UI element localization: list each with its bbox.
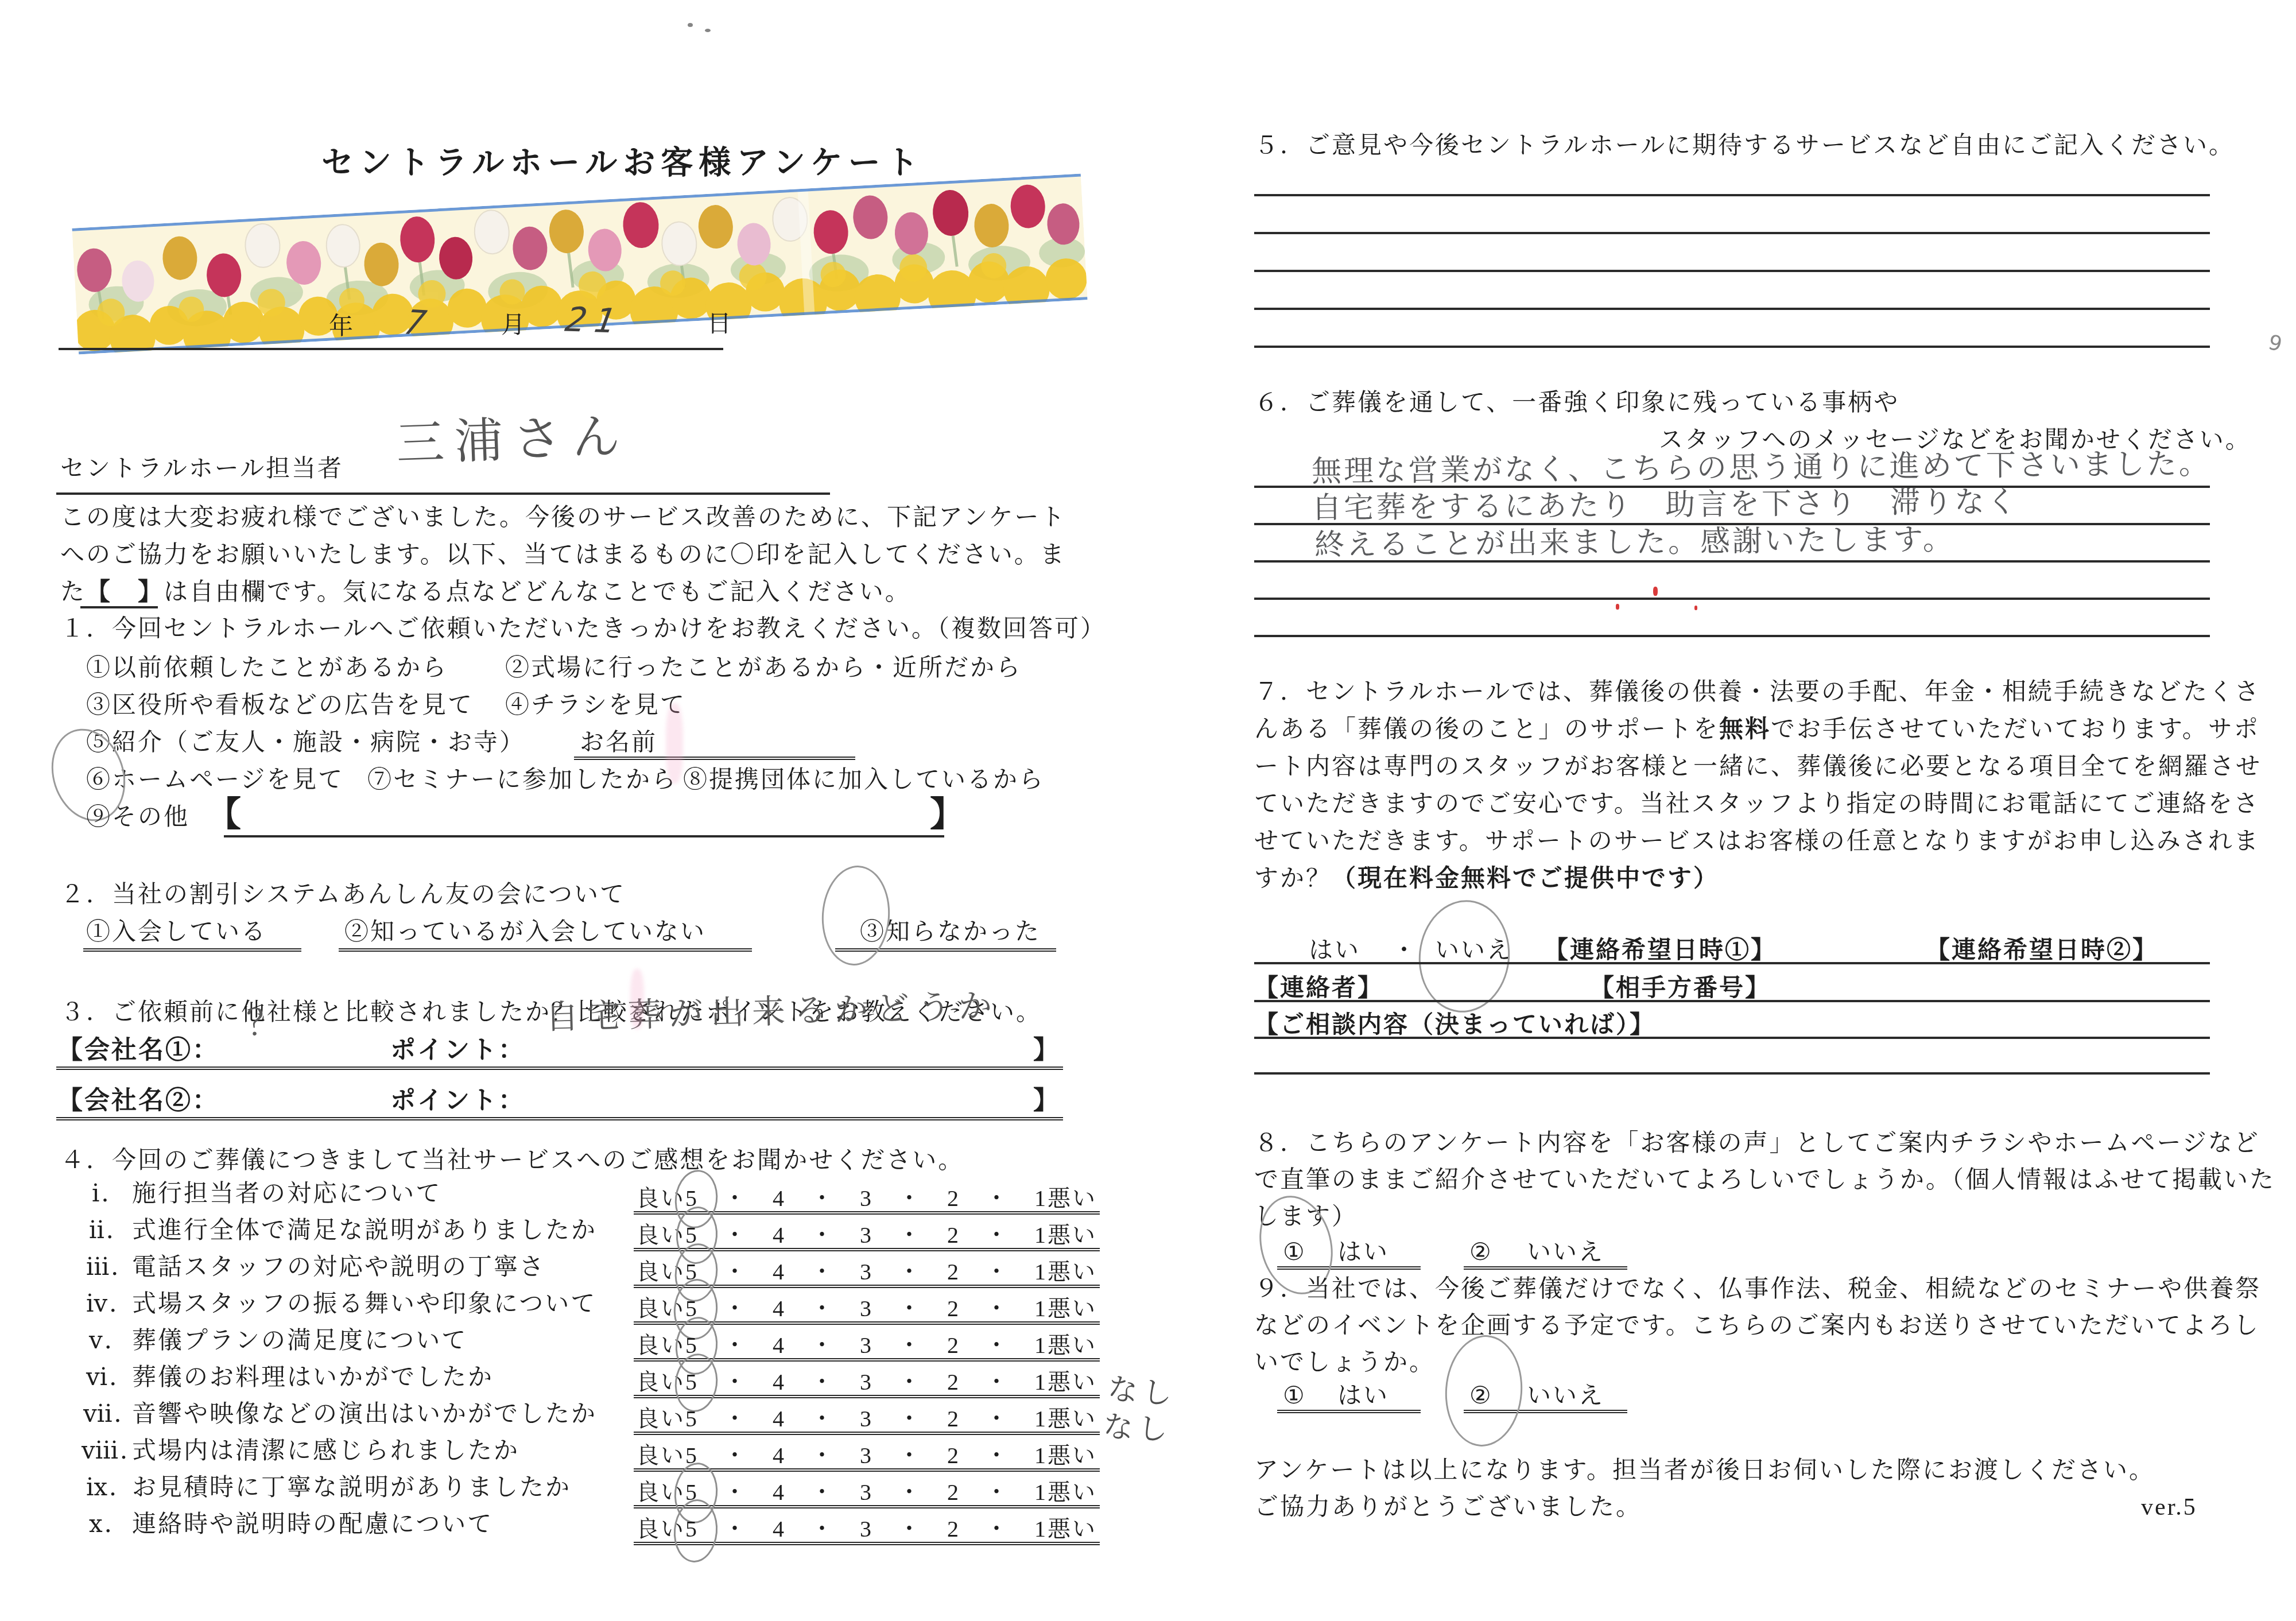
- q7-free-offer: （現在料金無料でご提供中です）: [1332, 866, 1719, 892]
- q3-company1-handwritten: ？: [246, 1002, 284, 1042]
- q4-row-text: 施行担当者の対応について: [132, 1180, 441, 1208]
- q4-row-num: ⅸ．: [86, 1474, 135, 1502]
- q1-other-underline: [224, 812, 944, 837]
- q7-line-2-pre: んある「葬儀の後のこと」のサポートを: [1254, 716, 1719, 743]
- q7-row1-underline: [1254, 939, 2210, 964]
- q6-answer-line: [1254, 463, 2210, 488]
- pink-smudge: [630, 969, 644, 1029]
- q4-row-num: ⅳ．: [86, 1290, 135, 1318]
- q4-row-text: 式場内は清潔に感じられましたか: [132, 1437, 519, 1465]
- q1-option-2: ②式場に行ったことがあるから・近所だから: [505, 654, 1022, 682]
- q9-line-1: ９．当社では、今後ご葬儀だけでなく、仏事作法、税金、相続などのセミナーや供養祭: [1254, 1275, 2261, 1303]
- q5-header: ５．ご意見や今後セントラルホールに期待するサービスなど自由にご記入ください。: [1254, 132, 2235, 160]
- q7-row3-underline: [1254, 1014, 2210, 1039]
- q6-answer-line: [1254, 537, 2210, 563]
- q5-answer-line: [1254, 209, 2210, 234]
- intro-bracket-underline: [80, 583, 158, 608]
- q7-line-6: すか？（現在料金無料でご提供中です）: [1254, 865, 1719, 893]
- q1-header: １．今回セントラルホールへご依頼いただいたきっかけをお教えください。（複数回答可…: [60, 615, 1106, 643]
- q5-answer-line: [1254, 323, 2210, 348]
- q3-row2-underline: [56, 1091, 1063, 1120]
- q6-answer-line: [1254, 500, 2210, 525]
- q4-row-num: ⅴ．: [89, 1327, 130, 1355]
- q2-header: ２．当社の割引システムあんしん友の会について: [60, 881, 626, 909]
- q4-row-num: ⅶ．: [83, 1401, 140, 1428]
- q8-option-2-underline: [1464, 1241, 1627, 1270]
- intro-line-3: た【 】は自由欄です。気になる点などどんなことでもご記入ください。: [60, 579, 911, 606]
- pencil-circle-q2-option-3: [819, 863, 893, 968]
- scan-speck: [688, 23, 693, 27]
- q4-row-text: 葬儀のお料理はいかがでしたか: [132, 1364, 494, 1391]
- q1-option-5: ⑤紹介（ご友人・施設・病院・お寺）: [86, 729, 525, 757]
- red-mark: [1616, 604, 1619, 610]
- q4-row-text: 連絡時や説明時の配慮について: [132, 1511, 493, 1538]
- q1-option-3: ③区役所や看板などの広告を見て: [86, 692, 474, 719]
- q4-row-text: 電話スタッフの対応や説明の丁寧さ: [132, 1254, 545, 1281]
- q7-line-3: ート内容は専門のスタッフがお客様と一緒に、葬儀後に必要となる項目全てを網羅させ: [1254, 753, 2262, 781]
- q7-row2-underline: [1254, 977, 2210, 1002]
- intro-line-3-post: は自由欄です。気になる点などどんなことでもご記入ください。: [164, 579, 911, 606]
- q5-answer-line: [1254, 247, 2210, 272]
- q4-row-num: ⅰ．: [92, 1180, 127, 1208]
- q4-row-scale-underline: [634, 1405, 1100, 1435]
- q8-line-2: で直筆のままご紹介させていただいてよろしいでしょうか。（個人情報はふせて掲載いた: [1254, 1166, 2275, 1194]
- q1-option-8: ⑧提携団体に加入しているから: [683, 766, 1045, 794]
- page-edge-mark: 9: [2266, 332, 2284, 356]
- q8-line-1: ８．こちらのアンケート内容を「お客様の声」としてご案内チラシやホームページなど: [1254, 1130, 2260, 1157]
- q1-name-underline: [574, 734, 855, 760]
- q5-answer-line: [1254, 285, 2210, 310]
- q1-option-1: ①以前依頼したことがあるから: [86, 654, 448, 682]
- handwritten-note-nashi: なし: [1103, 1411, 1173, 1447]
- q7-line-4: ていただきますのでご安心です。当社スタッフより指定の時間にお電話にてご連絡をさ: [1254, 790, 2260, 818]
- q9-line-2: などのイベントを企画する予定です。こちらのご案内もお送りさせていただいてよろし: [1254, 1312, 2260, 1340]
- q4-row-text: 式場スタッフの振る舞いや印象について: [132, 1290, 596, 1318]
- version-label: ver.5: [2141, 1494, 2197, 1521]
- q4-row-num: ⅲ．: [86, 1254, 137, 1281]
- q7-line-2-post: でお手伝させていただいております。サポ: [1771, 716, 2260, 743]
- q3-point1-handwritten: 自宅葬が出来るかどうか: [545, 988, 1000, 1036]
- q7-line-6-pre: すか？: [1254, 866, 1332, 892]
- page-title: セントラルホールお客様アンケート: [321, 145, 924, 181]
- q7-blank-line: [1254, 1049, 2210, 1075]
- q4-header: ４．今回のご葬儀につきまして当社サービスへのご感想をお聞かせください。: [60, 1147, 964, 1174]
- date-underline: [59, 325, 723, 350]
- q4-row-num: ⅵ．: [86, 1364, 135, 1391]
- q4-row-num: ⅹ．: [89, 1511, 130, 1538]
- q6-answer-line: [1254, 612, 2210, 637]
- q4-row-text: 葬儀プランの満足度について: [132, 1327, 467, 1355]
- q6-header-line-1: ６．ご葬儀を通して、一番強く印象に残っている事柄や: [1254, 389, 1899, 417]
- q9-option-1-underline: [1277, 1385, 1421, 1413]
- q1-option-4: ④チラシを見て: [505, 692, 686, 719]
- closing-line-1: アンケートは以上になります。担当者が後日お伺いした際にお渡しください。: [1254, 1457, 2155, 1484]
- q4-row-text: お見積時に丁寧な説明がありましたか: [132, 1474, 571, 1502]
- q4-row-text: 式進行全体で満足な説明がありましたか: [132, 1217, 597, 1244]
- q1-option-7: ⑦セミナーに参加したから: [367, 766, 677, 794]
- red-mark: [1694, 606, 1697, 610]
- q2-option-2-underline: [339, 923, 752, 952]
- q4-row-text: 音響や映像などの演出はいかがでしたか: [132, 1401, 597, 1428]
- pink-smudge: [666, 703, 683, 784]
- scan-speck: [705, 29, 711, 32]
- red-mark: [1653, 587, 1658, 596]
- q4-row-num: ⅱ．: [89, 1217, 132, 1244]
- handwritten-note-nashi: なし: [1107, 1374, 1178, 1411]
- closing-line-2: ご協力ありがとうございました。: [1254, 1494, 1642, 1521]
- q1-option-9: ⑨その他: [86, 804, 189, 831]
- q7-line-2: んある「葬儀の後のこと」のサポートを無料でお手伝させていただいております。サポ: [1254, 716, 2260, 743]
- pencil-circle-q9-option-2: [1441, 1333, 1526, 1449]
- q7-free-word: 無料: [1719, 716, 1771, 743]
- q2-option-1-underline: [83, 923, 301, 952]
- q7-line-1: ７．セントラルホールでは、葬儀後の供養・法要の手配、年金・相続手続きなどたくさ: [1254, 678, 2260, 706]
- handwritten-staff-name: 三浦さん: [395, 410, 631, 469]
- q3-row1-underline: [56, 1040, 1063, 1070]
- q9-line-3: いでしょうか。: [1254, 1349, 1435, 1376]
- staff-underline: [56, 470, 830, 495]
- q7-line-5: せていただきます。サポートのサービスはお客様の任意となりますがお申し込みされま: [1254, 828, 2260, 855]
- q5-answer-line: [1254, 171, 2210, 196]
- intro-line-2: へのご協力をお願いいたします。以下、当てはまるものに〇印を記入してください。ま: [60, 541, 1066, 569]
- intro-line-1: この度は大変お疲れ様でございました。今後のサービス改善のために、下記アンケート: [60, 504, 1066, 532]
- q6-answer-line: [1254, 575, 2210, 600]
